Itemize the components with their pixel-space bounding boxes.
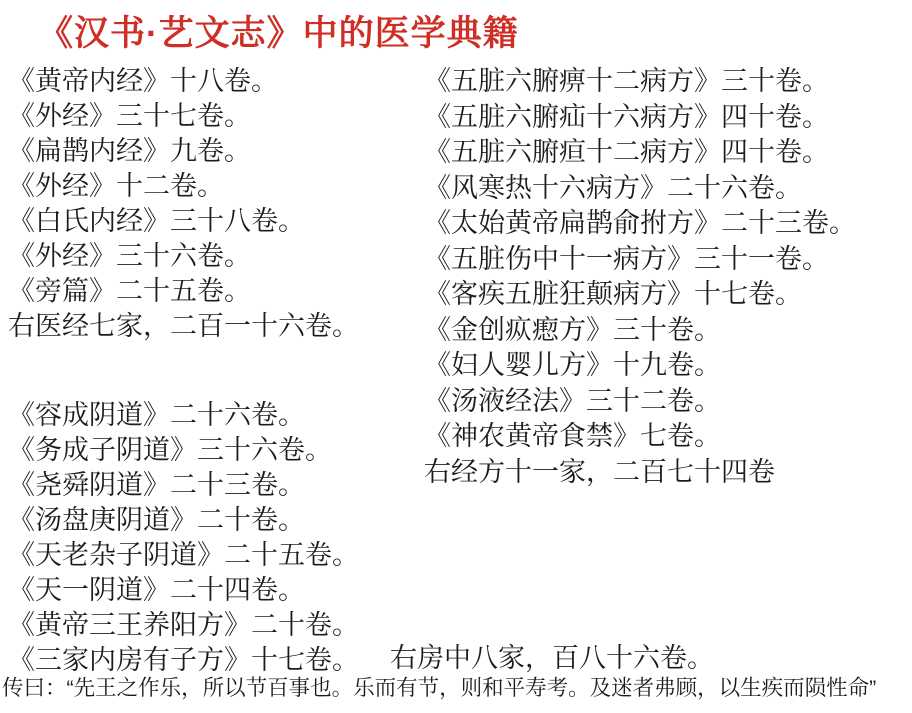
book-entry: 《白氏内经》三十八卷。 xyxy=(8,204,420,239)
book-entry: 《妇人婴儿方》十九卷。 xyxy=(424,348,910,384)
footer-quote: 传曰：“先王之作乐，所以节百事也。乐而有节，则和平寿考。及迷者弗顾，以生疾而陨性… xyxy=(2,673,910,703)
book-entry: 《容成阴道》二十六卷。 xyxy=(8,398,420,433)
book-entry: 《黄帝三王养阳方》二十卷。 xyxy=(8,608,420,643)
book-entry: 《太始黄帝扁鹊俞拊方》二十三卷。 xyxy=(424,206,910,242)
book-entry: 《金创疭瘛方》三十卷。 xyxy=(424,313,910,349)
book-entry: 《五脏六腑疸十二病方》四十卷。 xyxy=(424,135,910,171)
book-entry: 《五脏六腑痹十二病方》三十卷。 xyxy=(424,64,910,100)
book-entry: 《外经》十二卷。 xyxy=(8,169,420,204)
summary-fangzhong: 右房中八家，百八十六卷。 xyxy=(390,641,714,676)
book-entry: 《五脏伤中十一病方》三十一卷。 xyxy=(424,242,910,278)
document-page: 《汉书·艺文志》中的医学典籍 《黄帝内经》十八卷。 《外经》三十七卷。 《扁鹊内… xyxy=(0,0,912,713)
book-entry: 《汤盘庚阴道》二十卷。 xyxy=(8,503,420,538)
book-entry: 《务成子阴道》三十六卷。 xyxy=(8,433,420,468)
book-entry: 《外经》三十七卷。 xyxy=(8,99,420,134)
book-entry: 《旁篇》二十五卷。 xyxy=(8,274,420,309)
book-entry: 《外经》三十六卷。 xyxy=(8,239,420,274)
book-entry: 《客疾五脏狂颠病方》十七卷。 xyxy=(424,277,910,313)
right-column: 《五脏六腑痹十二病方》三十卷。 《五脏六腑疝十六病方》四十卷。 《五脏六腑疸十二… xyxy=(424,64,910,490)
book-entry: 《扁鹊内经》九卷。 xyxy=(8,134,420,169)
medical-classics-group: 《黄帝内经》十八卷。 《外经》三十七卷。 《扁鹊内经》九卷。 《外经》十二卷。 … xyxy=(8,64,420,344)
book-entry: 《风寒热十六病方》二十六卷。 xyxy=(424,171,910,207)
book-entry: 《天老杂子阴道》二十五卷。 xyxy=(8,538,420,573)
book-entry: 《神农黄帝食禁》七卷。 xyxy=(424,419,910,455)
book-entry: 《天一阴道》二十四卷。 xyxy=(8,573,420,608)
summary-medical-classics: 右医经七家，二百一十六卷。 xyxy=(8,309,420,344)
book-entry: 《汤液经法》三十二卷。 xyxy=(424,384,910,420)
book-entry: 《五脏六腑疝十六病方》四十卷。 xyxy=(424,100,910,136)
summary-jingfang: 右经方十一家，二百七十四卷 xyxy=(424,455,910,491)
page-title: 《汉书·艺文志》中的医学典籍 xyxy=(38,6,519,56)
yindao-group: 《容成阴道》二十六卷。 《务成子阴道》三十六卷。 《尧舜阴道》二十三卷。 《汤盘… xyxy=(8,398,420,678)
book-entry: 《尧舜阴道》二十三卷。 xyxy=(8,468,420,503)
left-column: 《黄帝内经》十八卷。 《外经》三十七卷。 《扁鹊内经》九卷。 《外经》十二卷。 … xyxy=(8,64,420,678)
book-entry: 《黄帝内经》十八卷。 xyxy=(8,64,420,99)
